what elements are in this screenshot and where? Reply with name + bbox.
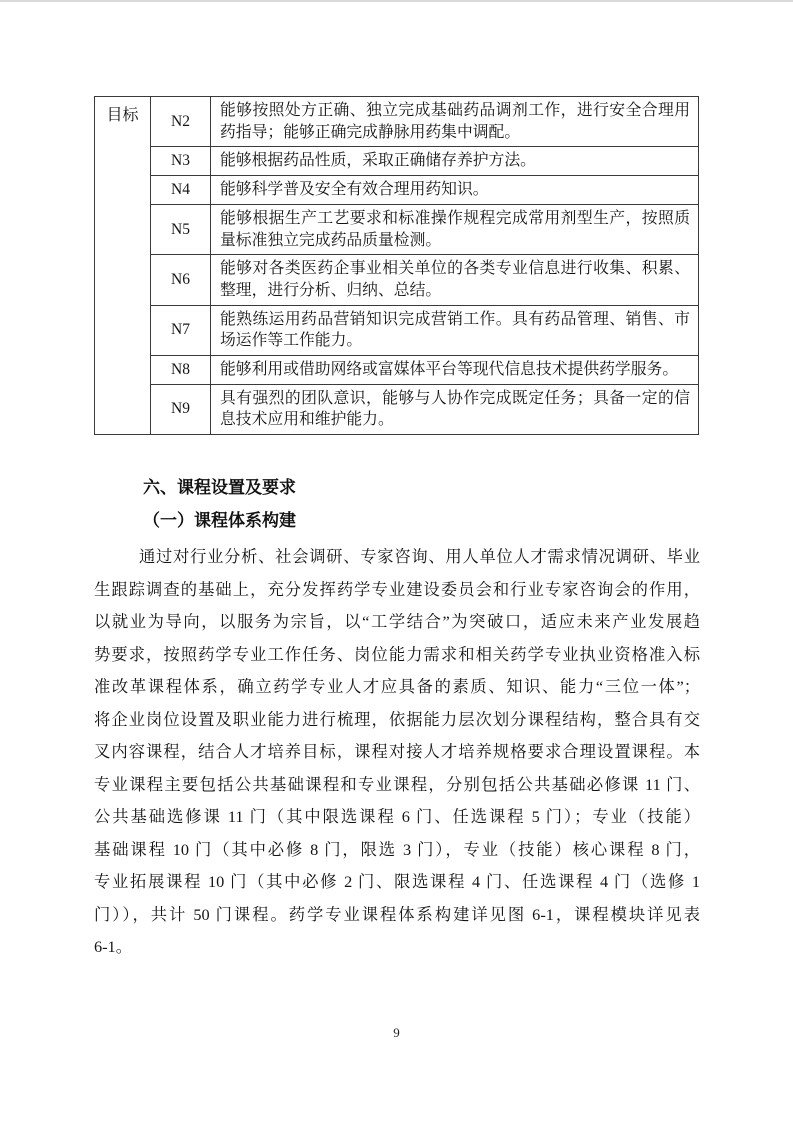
paragraph-line: 门）），共计 50 门课程。药学专业课程体系构建详见图 6-1，课程模块详见表 xyxy=(94,899,700,932)
paragraph-line: 叉内容课程，结合人才培养目标，课程对接人才培养规格要求合理设置课程。本 xyxy=(94,736,700,769)
table-row: N5 能够根据生产工艺要求和标准操作规程完成常用剂型生产，按照质量标准独立完成药… xyxy=(95,204,699,254)
paragraph-line: 将企业岗位设置及职业能力进行梳理，依据能力层次划分课程结构，整合具有交 xyxy=(94,704,700,737)
section-headings: 六、课程设置及要求 （一）课程体系构建 xyxy=(143,471,700,537)
goal-description: 能够对各类医药企事业相关单位的各类专业信息进行收集、积累、整理，进行分析、归纳、… xyxy=(211,255,699,305)
page-top-edge xyxy=(0,0,793,2)
goal-description: 能够科学普及安全有效合理用药知识。 xyxy=(211,176,699,205)
goal-description: 能够利用或借助网络或富媒体平台等现代信息技术提供药学服务。 xyxy=(211,356,699,385)
document-page: 目标 N2 能够按照处方正确、独立完成基础药品调剂工作，进行安全合理用药指导；能… xyxy=(0,0,793,1122)
paragraph-line: 专业课程主要包括公共基础课程和专业课程，分别包括公共基础必修课 11 门、 xyxy=(94,769,700,802)
goal-description: 能熟练运用药品营销知识完成营销工作。具有药品管理、销售、市场运作等工作能力。 xyxy=(211,305,699,355)
section-heading-1: 六、课程设置及要求 xyxy=(143,471,700,504)
table-row: N6 能够对各类医药企事业相关单位的各类专业信息进行收集、积累、整理，进行分析、… xyxy=(95,255,699,305)
paragraph-line: 专业拓展课程 10 门（其中必修 2 门、限选课程 4 门、任选课程 4 门（选… xyxy=(94,866,700,899)
goal-code: N9 xyxy=(151,384,211,434)
goal-description: 能够根据生产工艺要求和标准操作规程完成常用剂型生产，按照质量标准独立完成药品质量… xyxy=(211,204,699,254)
paragraph-line: 通过对行业分析、社会调研、专家咨询、用人单位人才需求情况调研、毕业 xyxy=(94,541,700,574)
paragraph-line: 势要求，按照药学专业工作任务、岗位能力需求和相关药学专业执业资格准入标 xyxy=(94,639,700,672)
goals-table: 目标 N2 能够按照处方正确、独立完成基础药品调剂工作，进行安全合理用药指导；能… xyxy=(94,96,699,435)
table-row: N8 能够利用或借助网络或富媒体平台等现代信息技术提供药学服务。 xyxy=(95,356,699,385)
goal-description: 能够根据药品性质，采取正确储存养护方法。 xyxy=(211,147,699,176)
paragraph-line: 公共基础选修课 11 门（其中限选课程 6 门、任选课程 5 门）；专业（技能） xyxy=(94,801,700,834)
section-heading-2: （一）课程体系构建 xyxy=(143,504,700,537)
table-row-header-cell: 目标 xyxy=(95,97,151,435)
goal-code: N7 xyxy=(151,305,211,355)
goal-code: N5 xyxy=(151,204,211,254)
table-row: N7 能熟练运用药品营销知识完成营销工作。具有药品管理、销售、市场运作等工作能力… xyxy=(95,305,699,355)
paragraph-line: 准改革课程体系，确立药学专业人才应具备的素质、知识、能力“三位一体”； xyxy=(94,671,700,704)
paragraph-line: 以就业为导向，以服务为宗旨，以“工学结合”为突破口，适应未来产业发展趋 xyxy=(94,606,700,639)
goal-code: N4 xyxy=(151,176,211,205)
page-content: 目标 N2 能够按照处方正确、独立完成基础药品调剂工作，进行安全合理用药指导；能… xyxy=(94,96,700,964)
body-paragraph: 通过对行业分析、社会调研、专家咨询、用人单位人才需求情况调研、毕业 生跟踪调查的… xyxy=(94,541,700,964)
table-row: N4 能够科学普及安全有效合理用药知识。 xyxy=(95,176,699,205)
goal-code: N3 xyxy=(151,147,211,176)
goal-description: 具有强烈的团队意识，能够与人协作完成既定任务；具备一定的信息技术应用和维护能力。 xyxy=(211,384,699,434)
paragraph-line: 6-1。 xyxy=(94,931,700,964)
goal-code: N8 xyxy=(151,356,211,385)
goal-code: N6 xyxy=(151,255,211,305)
goal-code: N2 xyxy=(151,97,211,147)
paragraph-line: 基础课程 10 门（其中必修 8 门，限选 3 门），专业（技能）核心课程 8 … xyxy=(94,834,700,867)
paragraph-line: 生跟踪调查的基础上，充分发挥药学专业建设委员会和行业专家咨询会的作用， xyxy=(94,574,700,607)
table-row: N9 具有强烈的团队意识，能够与人协作完成既定任务；具备一定的信息技术应用和维护… xyxy=(95,384,699,434)
page-number: 9 xyxy=(0,1025,793,1041)
table-row: 目标 N2 能够按照处方正确、独立完成基础药品调剂工作，进行安全合理用药指导；能… xyxy=(95,97,699,147)
goal-description: 能够按照处方正确、独立完成基础药品调剂工作，进行安全合理用药指导；能够正确完成静… xyxy=(211,97,699,147)
table-row: N3 能够根据药品性质，采取正确储存养护方法。 xyxy=(95,147,699,176)
